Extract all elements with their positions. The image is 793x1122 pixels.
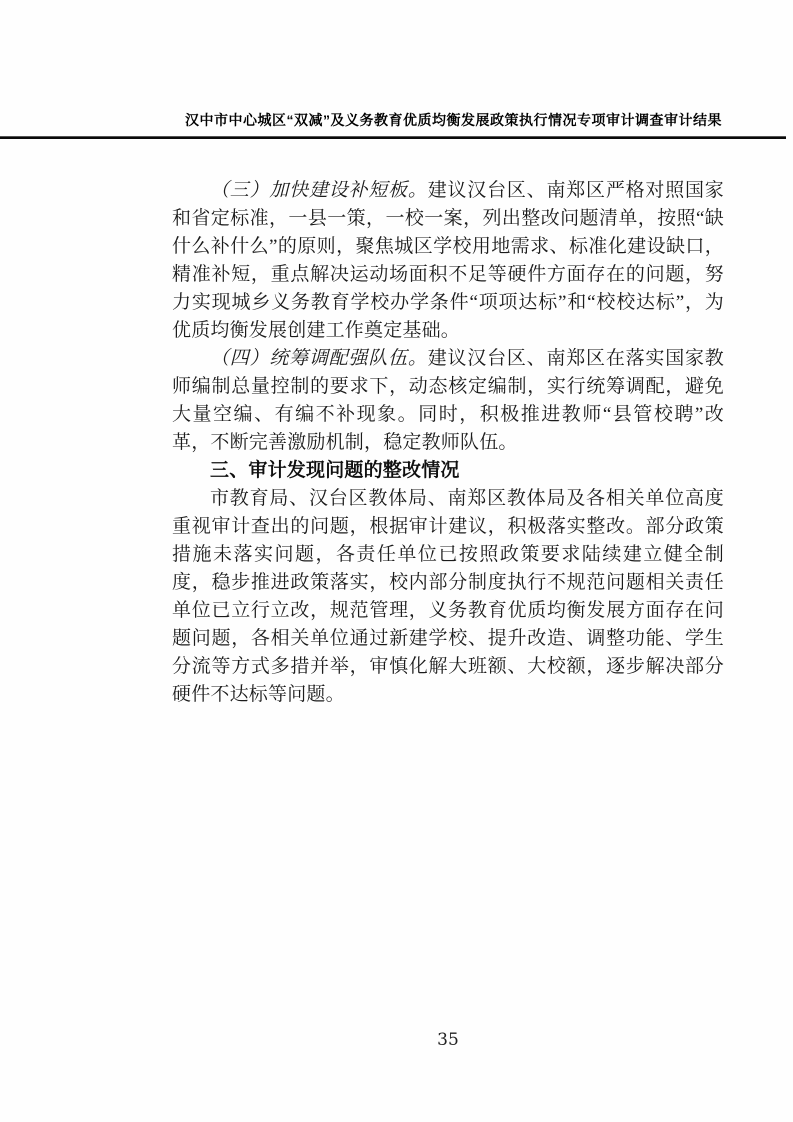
header-divider-rule xyxy=(0,136,786,139)
paragraph-four-lead: （四）统筹调配强队伍。 xyxy=(210,348,428,369)
section-heading-rectification: 三、审计发现问题的整改情况 xyxy=(172,457,724,485)
page-header-title: 汉中市中心城区“双减”及义务教育优质均衡发展政策执行情况专项审计调查审计结果 xyxy=(0,110,722,130)
document-page: 汉中市中心城区“双减”及义务教育优质均衡发展政策执行情况专项审计调查审计结果 （… xyxy=(0,0,793,1122)
paragraph-item-four: （四）统筹调配强队伍。建议汉台区、南郑区在落实国家教师编制总量控制的要求下，动态… xyxy=(172,345,724,457)
document-body: （三）加快建设补短板。建议汉台区、南郑区严格对照国家和省定标准，一县一策，一校一… xyxy=(172,177,724,709)
closing-paragraph: 市教育局、汉台区教体局、南郑区教体局及各相关单位高度重视审计查出的问题，根据审计… xyxy=(172,485,724,709)
paragraph-three-text: 建议汉台区、南郑区严格对照国家和省定标准，一县一策，一校一案，列出整改问题清单，… xyxy=(172,180,724,341)
page-number: 35 xyxy=(172,1030,724,1050)
paragraph-three-lead: （三）加快建设补短板。 xyxy=(210,180,428,201)
paragraph-item-three: （三）加快建设补短板。建议汉台区、南郑区严格对照国家和省定标准，一县一策，一校一… xyxy=(172,177,724,345)
